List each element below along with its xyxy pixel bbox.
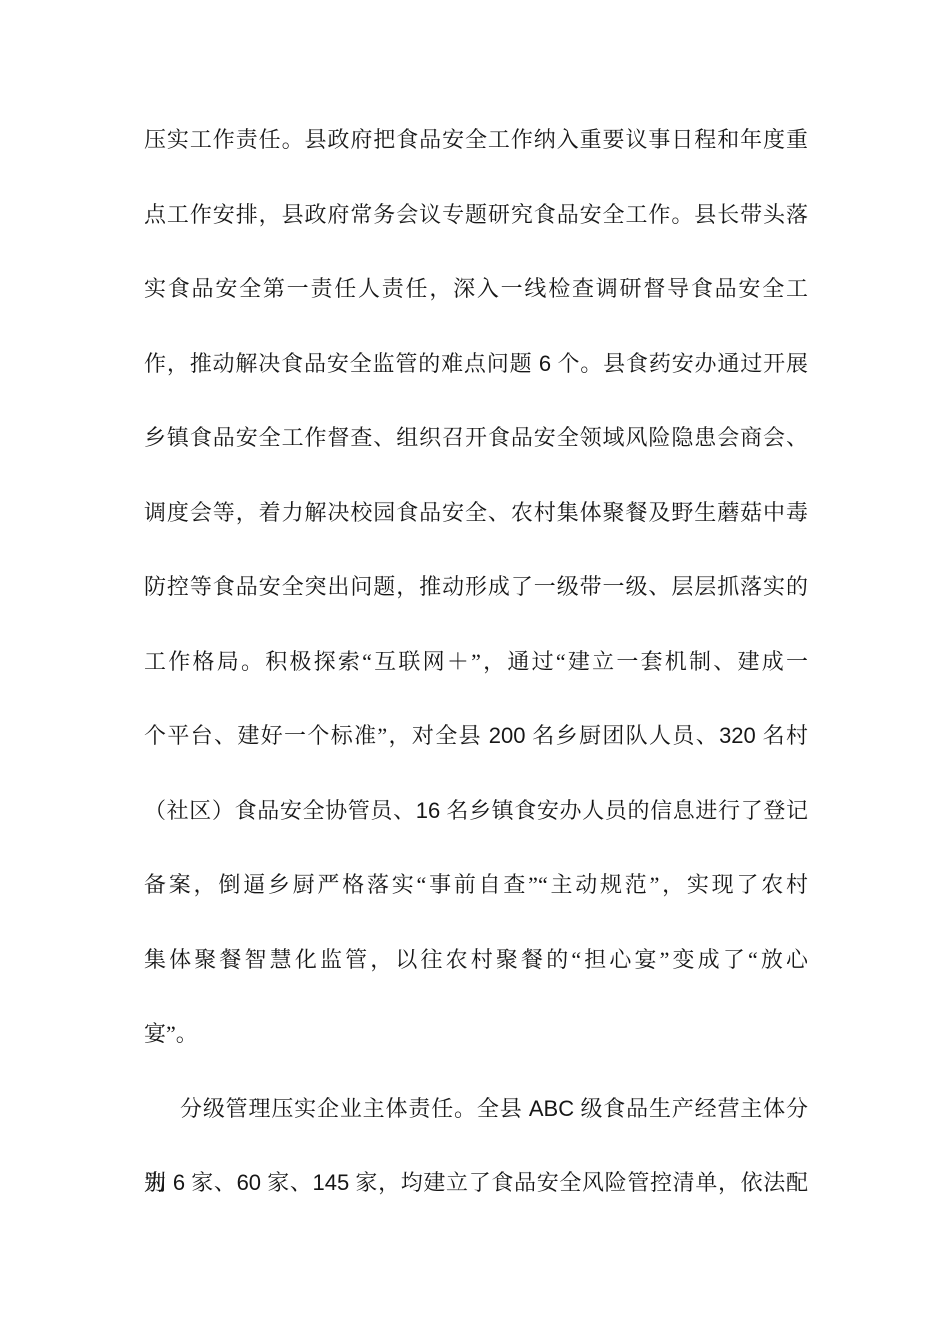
cjk-text-run: 集体聚餐智慧化监管，以往农村聚餐的“担心宴”变成了“放心	[144, 947, 808, 972]
latin-text-run: 320	[719, 723, 756, 748]
cjk-text-run: 压实工作责任。县政府把食品安全工作纳入重要议事日程和年度重	[144, 127, 808, 152]
text-line: 调度会等，着力解决校园食品安全、农村集体聚餐及野生蘑菇中毒	[144, 476, 808, 551]
cjk-text-run: 工作格局。积极探索“互联网＋”，通过“建立一套机制、建成一	[144, 649, 808, 674]
text-line: 防控等食品安全突出问题，推动形成了一级带一级、层层抓落实的	[144, 550, 808, 625]
cjk-text-run: 防控等食品安全突出问题，推动形成了一级带一级、层层抓落实的	[144, 574, 808, 599]
latin-text-run: 145	[313, 1170, 350, 1195]
text-line: 点工作安排，县政府常务会议专题研究食品安全工作。县长带头落	[144, 178, 808, 253]
latin-text-run: ABC	[529, 1096, 574, 1121]
text-line: 个平台、建好一个标准”，对全县 200 名乡厨团队人员、320 名村	[144, 699, 808, 774]
cjk-text-run: 作，推动解决食品安全监管的难点问题	[144, 351, 539, 376]
latin-text-run: 16	[416, 798, 440, 823]
cjk-text-run: 备案，倒逼乡厨严格落实“事前自查”“主动规范”，实现了农村	[144, 872, 808, 897]
latin-text-run: 60	[237, 1170, 261, 1195]
cjk-text-run: 为	[144, 1170, 173, 1195]
document-page: 压实工作责任。县政府把食品安全工作纳入重要议事日程和年度重点工作安排，县政府常务…	[0, 0, 950, 1344]
cjk-text-run: 家、	[185, 1170, 236, 1195]
cjk-text-run: 点工作安排，县政府常务会议专题研究食品安全工作。县长带头落	[144, 202, 808, 227]
text-line: 压实工作责任。县政府把食品安全工作纳入重要议事日程和年度重	[144, 103, 808, 178]
text-line: 工作格局。积极探索“互联网＋”，通过“建立一套机制、建成一	[144, 625, 808, 700]
cjk-text-run: 名村	[756, 723, 808, 748]
text-line: 宴”。	[144, 997, 808, 1072]
cjk-text-run: 个。县食药安办通过开展	[551, 351, 808, 376]
cjk-text-run: 分级管理压实企业主体责任。全县	[180, 1096, 529, 1121]
latin-text-run: 200	[489, 723, 526, 748]
text-line: 集体聚餐智慧化监管，以往农村聚餐的“担心宴”变成了“放心	[144, 923, 808, 998]
text-block: 压实工作责任。县政府把食品安全工作纳入重要议事日程和年度重点工作安排，县政府常务…	[144, 103, 808, 1221]
cjk-text-run: （社区）食品安全协管员、	[144, 798, 416, 823]
cjk-text-run: 宴”。	[144, 1021, 198, 1046]
cjk-text-run: 实食品安全第一责任人责任，深入一线检查调研督导食品安全工	[144, 276, 808, 301]
text-line: 备案，倒逼乡厨严格落实“事前自查”“主动规范”，实现了农村	[144, 848, 808, 923]
cjk-text-run: 调度会等，着力解决校园食品安全、农村集体聚餐及野生蘑菇中毒	[144, 500, 808, 525]
cjk-text-run: 家，均建立了食品安全风险管控清单，依法配	[349, 1170, 808, 1195]
latin-text-run: 6	[539, 351, 551, 376]
cjk-text-run: 名乡厨团队人员、	[525, 723, 719, 748]
text-line: 实食品安全第一责任人责任，深入一线检查调研督导食品安全工	[144, 252, 808, 327]
cjk-text-run: 家、	[261, 1170, 312, 1195]
latin-text-run: 6	[173, 1170, 185, 1195]
text-line: 乡镇食品安全工作督查、组织召开食品安全领域风险隐患会商会、	[144, 401, 808, 476]
text-line: （社区）食品安全协管员、16 名乡镇食安办人员的信息进行了登记	[144, 774, 808, 849]
cjk-text-run: 名乡镇食安办人员的信息进行了登记	[440, 798, 808, 823]
text-line: 为 6 家、60 家、145 家，均建立了食品安全风险管控清单，依法配	[144, 1146, 808, 1221]
cjk-text-run: 乡镇食品安全工作督查、组织召开食品安全领域风险隐患会商会、	[144, 425, 808, 450]
text-line: 分级管理压实企业主体责任。全县 ABC 级食品生产经营主体分别	[144, 1072, 808, 1147]
text-line: 作，推动解决食品安全监管的难点问题 6 个。县食药安办通过开展	[144, 327, 808, 402]
cjk-text-run: 个平台、建好一个标准”，对全县	[144, 723, 489, 748]
